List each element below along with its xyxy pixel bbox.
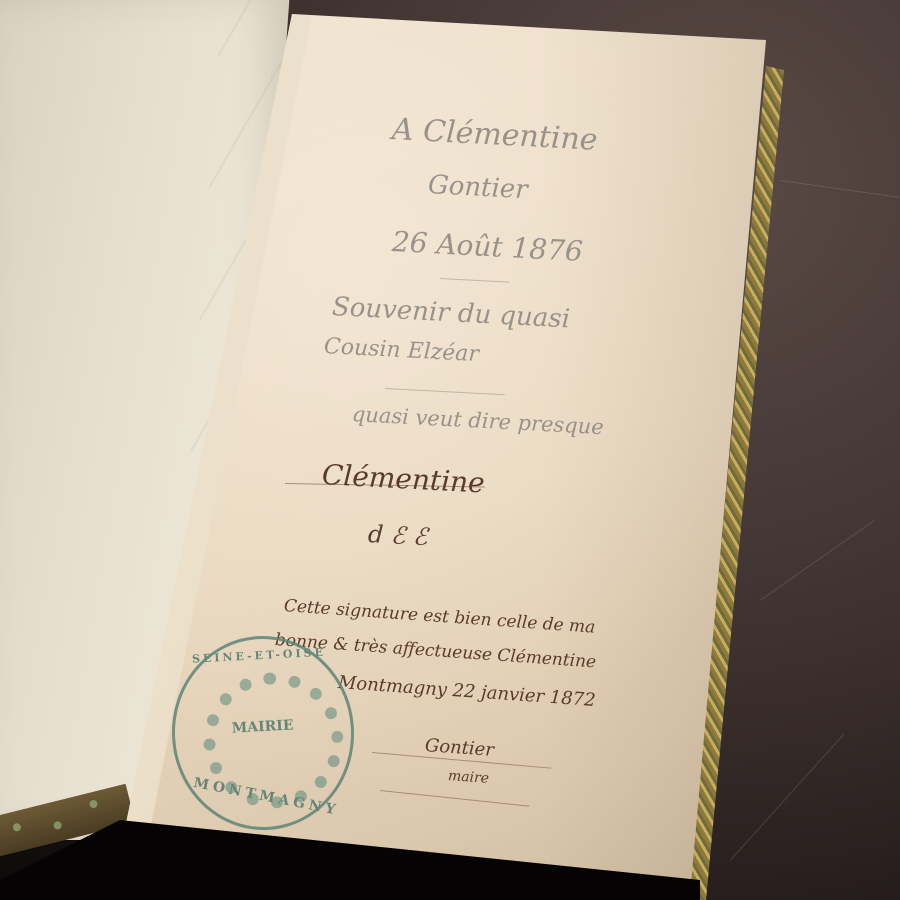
photo-scene: A Clémentine Gontier 26 Août 1876 Souven…	[0, 0, 900, 900]
mayor-title: maire	[447, 768, 489, 787]
table-scratch	[730, 734, 844, 861]
table-scratch	[760, 520, 875, 601]
table-scratch	[780, 180, 899, 198]
inscription-surname: Gontier	[427, 170, 528, 205]
signature-monogram: d ℰ ℰ	[367, 520, 428, 551]
